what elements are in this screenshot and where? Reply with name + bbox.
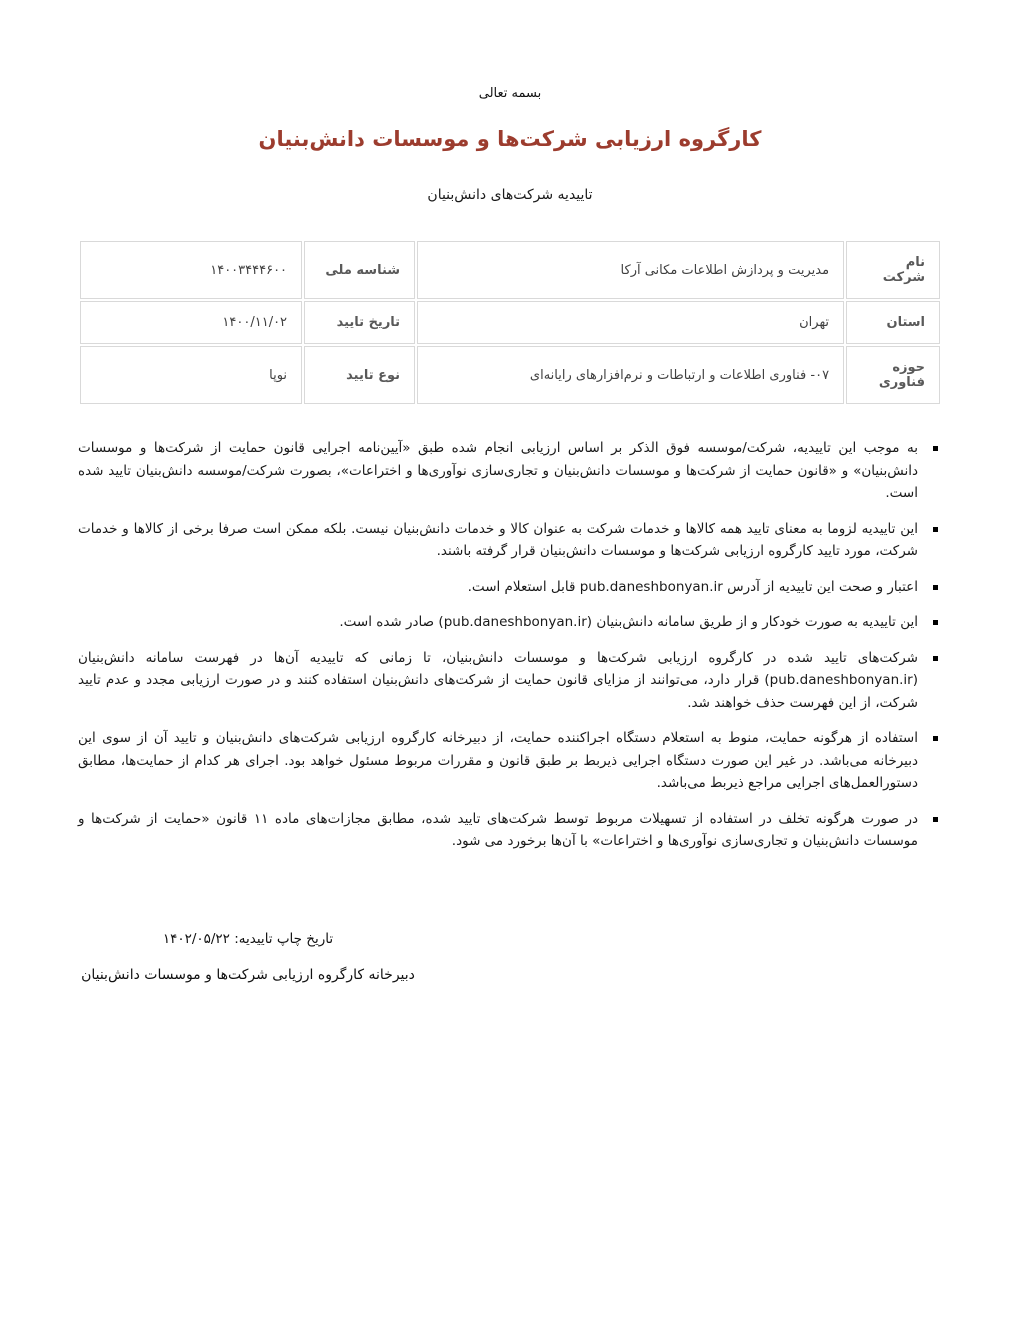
note-text: این تاییدیه لزوما به معنای تایید همه کال… bbox=[78, 521, 918, 560]
square-bullet-icon bbox=[933, 736, 938, 741]
note-text: اعتبار و صحت این تاییدیه از آدرس pub.dan… bbox=[468, 579, 918, 595]
note-text: در صورت هرگونه تخلف در استفاده از تسهیلا… bbox=[78, 811, 918, 850]
signature-block: تاریخ چاپ تاییدیه: ۱۴۰۲/۰۵/۲۲ دبیرخانه ک… bbox=[63, 931, 433, 983]
table-row-company: نام شرکت مدیریت و پردازش اطلاعات مکانی آ… bbox=[80, 241, 940, 299]
province-value: تهران bbox=[417, 301, 844, 344]
table-row-technology: حوزه فناوری ۰۷- فناوری اطلاعات و ارتباطا… bbox=[80, 346, 940, 404]
table-row-province: استان تهران تاریخ تایید ۱۴۰۰/۱۱/۰۲ bbox=[80, 301, 940, 344]
technology-field-label: حوزه فناوری bbox=[846, 346, 940, 404]
square-bullet-icon bbox=[933, 817, 938, 822]
approval-date-label: تاریخ تایید bbox=[304, 301, 415, 344]
approval-type-label: نوع تایید bbox=[304, 346, 415, 404]
province-label: استان bbox=[846, 301, 940, 344]
square-bullet-icon bbox=[933, 585, 938, 590]
page-subtitle: تاییدیه شرکت‌های دانش‌بنیان bbox=[78, 187, 942, 203]
technology-field-value: ۰۷- فناوری اطلاعات و ارتباطات و نرم‌افزا… bbox=[417, 346, 844, 404]
square-bullet-icon bbox=[933, 446, 938, 451]
approval-type-value: نوپا bbox=[80, 346, 302, 404]
secretariat-signature: دبیرخانه کارگروه ارزیابی شرکت‌ها و موسسا… bbox=[63, 967, 433, 983]
note-item: این تاییدیه لزوما به معنای تایید همه کال… bbox=[78, 518, 942, 563]
page-title: کارگروه ارزیابی شرکت‌ها و موسسات دانش‌بن… bbox=[78, 127, 942, 151]
note-item: اعتبار و صحت این تاییدیه از آدرس pub.dan… bbox=[78, 576, 942, 599]
note-text: به موجب این تاییدیه، شرکت/موسسه فوق الذک… bbox=[78, 440, 918, 501]
note-item: این تاییدیه به صورت خودکار و از طریق سام… bbox=[78, 611, 942, 634]
certificate-page: بسمه تعالی کارگروه ارزیابی شرکت‌ها و موس… bbox=[0, 0, 1020, 983]
national-id-value: ۱۴۰۰۳۴۴۴۶۰۰ bbox=[80, 241, 302, 299]
note-item: شرکت‌های تایید شده در کارگروه ارزیابی شر… bbox=[78, 647, 942, 715]
print-date: تاریخ چاپ تاییدیه: ۱۴۰۲/۰۵/۲۲ bbox=[63, 931, 433, 947]
square-bullet-icon bbox=[933, 527, 938, 532]
note-text: این تاییدیه به صورت خودکار و از طریق سام… bbox=[339, 614, 918, 630]
company-name-label: نام شرکت bbox=[846, 241, 940, 299]
notes-list: به موجب این تاییدیه، شرکت/موسسه فوق الذک… bbox=[78, 437, 942, 853]
company-name-value: مدیریت و پردازش اطلاعات مکانی آرکا bbox=[417, 241, 844, 299]
square-bullet-icon bbox=[933, 656, 938, 661]
company-info-table: نام شرکت مدیریت و پردازش اطلاعات مکانی آ… bbox=[78, 239, 942, 406]
note-text: شرکت‌های تایید شده در کارگروه ارزیابی شر… bbox=[78, 650, 918, 711]
note-item: در صورت هرگونه تخلف در استفاده از تسهیلا… bbox=[78, 808, 942, 853]
note-item: به موجب این تاییدیه، شرکت/موسسه فوق الذک… bbox=[78, 437, 942, 505]
square-bullet-icon bbox=[933, 620, 938, 625]
national-id-label: شناسه ملی bbox=[304, 241, 415, 299]
bismillah-text: بسمه تعالی bbox=[78, 0, 942, 101]
approval-date-value: ۱۴۰۰/۱۱/۰۲ bbox=[80, 301, 302, 344]
note-item: استفاده از هرگونه حمایت، منوط به استعلام… bbox=[78, 727, 942, 795]
note-text: استفاده از هرگونه حمایت، منوط به استعلام… bbox=[78, 730, 918, 791]
